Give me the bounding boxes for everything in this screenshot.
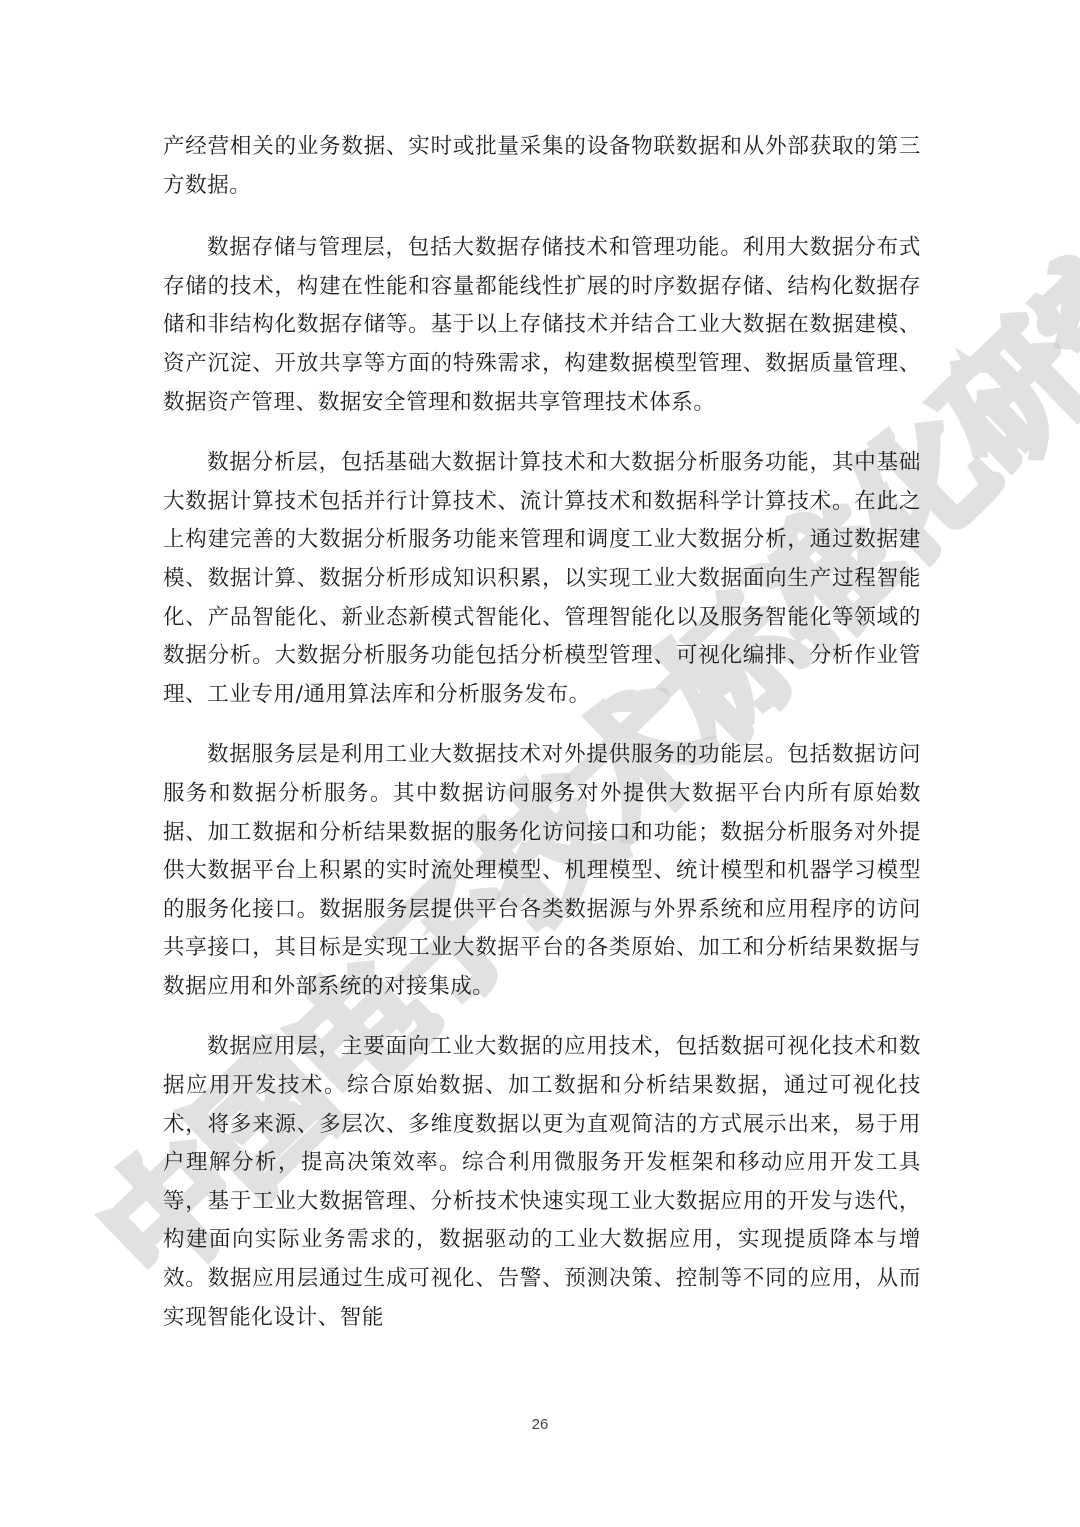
page-number: 26 [0,1416,1080,1433]
body-text: 产经营相关的业务数据、实时或批量采集的设备物联数据和从外部获取的第三方数据。 数… [163,128,921,1359]
paragraph-analysis-layer: 数据分析层，包括基础大数据计算技术和大数据分析服务功能，其中基础大数据计算技术包… [163,444,921,714]
paragraph-application-layer: 数据应用层，主要面向工业大数据的应用技术，包括数据可视化技术和数据应用开发技术。… [163,1028,921,1337]
document-page: 中国电子技术标准化研究院 产经营相关的业务数据、实时或批量采集的设备物联数据和从… [0,0,1080,1527]
paragraph-continuation-data-sources: 产经营相关的业务数据、实时或批量采集的设备物联数据和从外部获取的第三方数据。 [163,128,921,205]
paragraph-storage-management-layer: 数据存储与管理层，包括大数据存储技术和管理功能。利用大数据分布式存储的技术，构建… [163,229,921,422]
paragraph-service-layer: 数据服务层是利用工业大数据技术对外提供服务的功能层。包括数据访问服务和数据分析服… [163,736,921,1006]
